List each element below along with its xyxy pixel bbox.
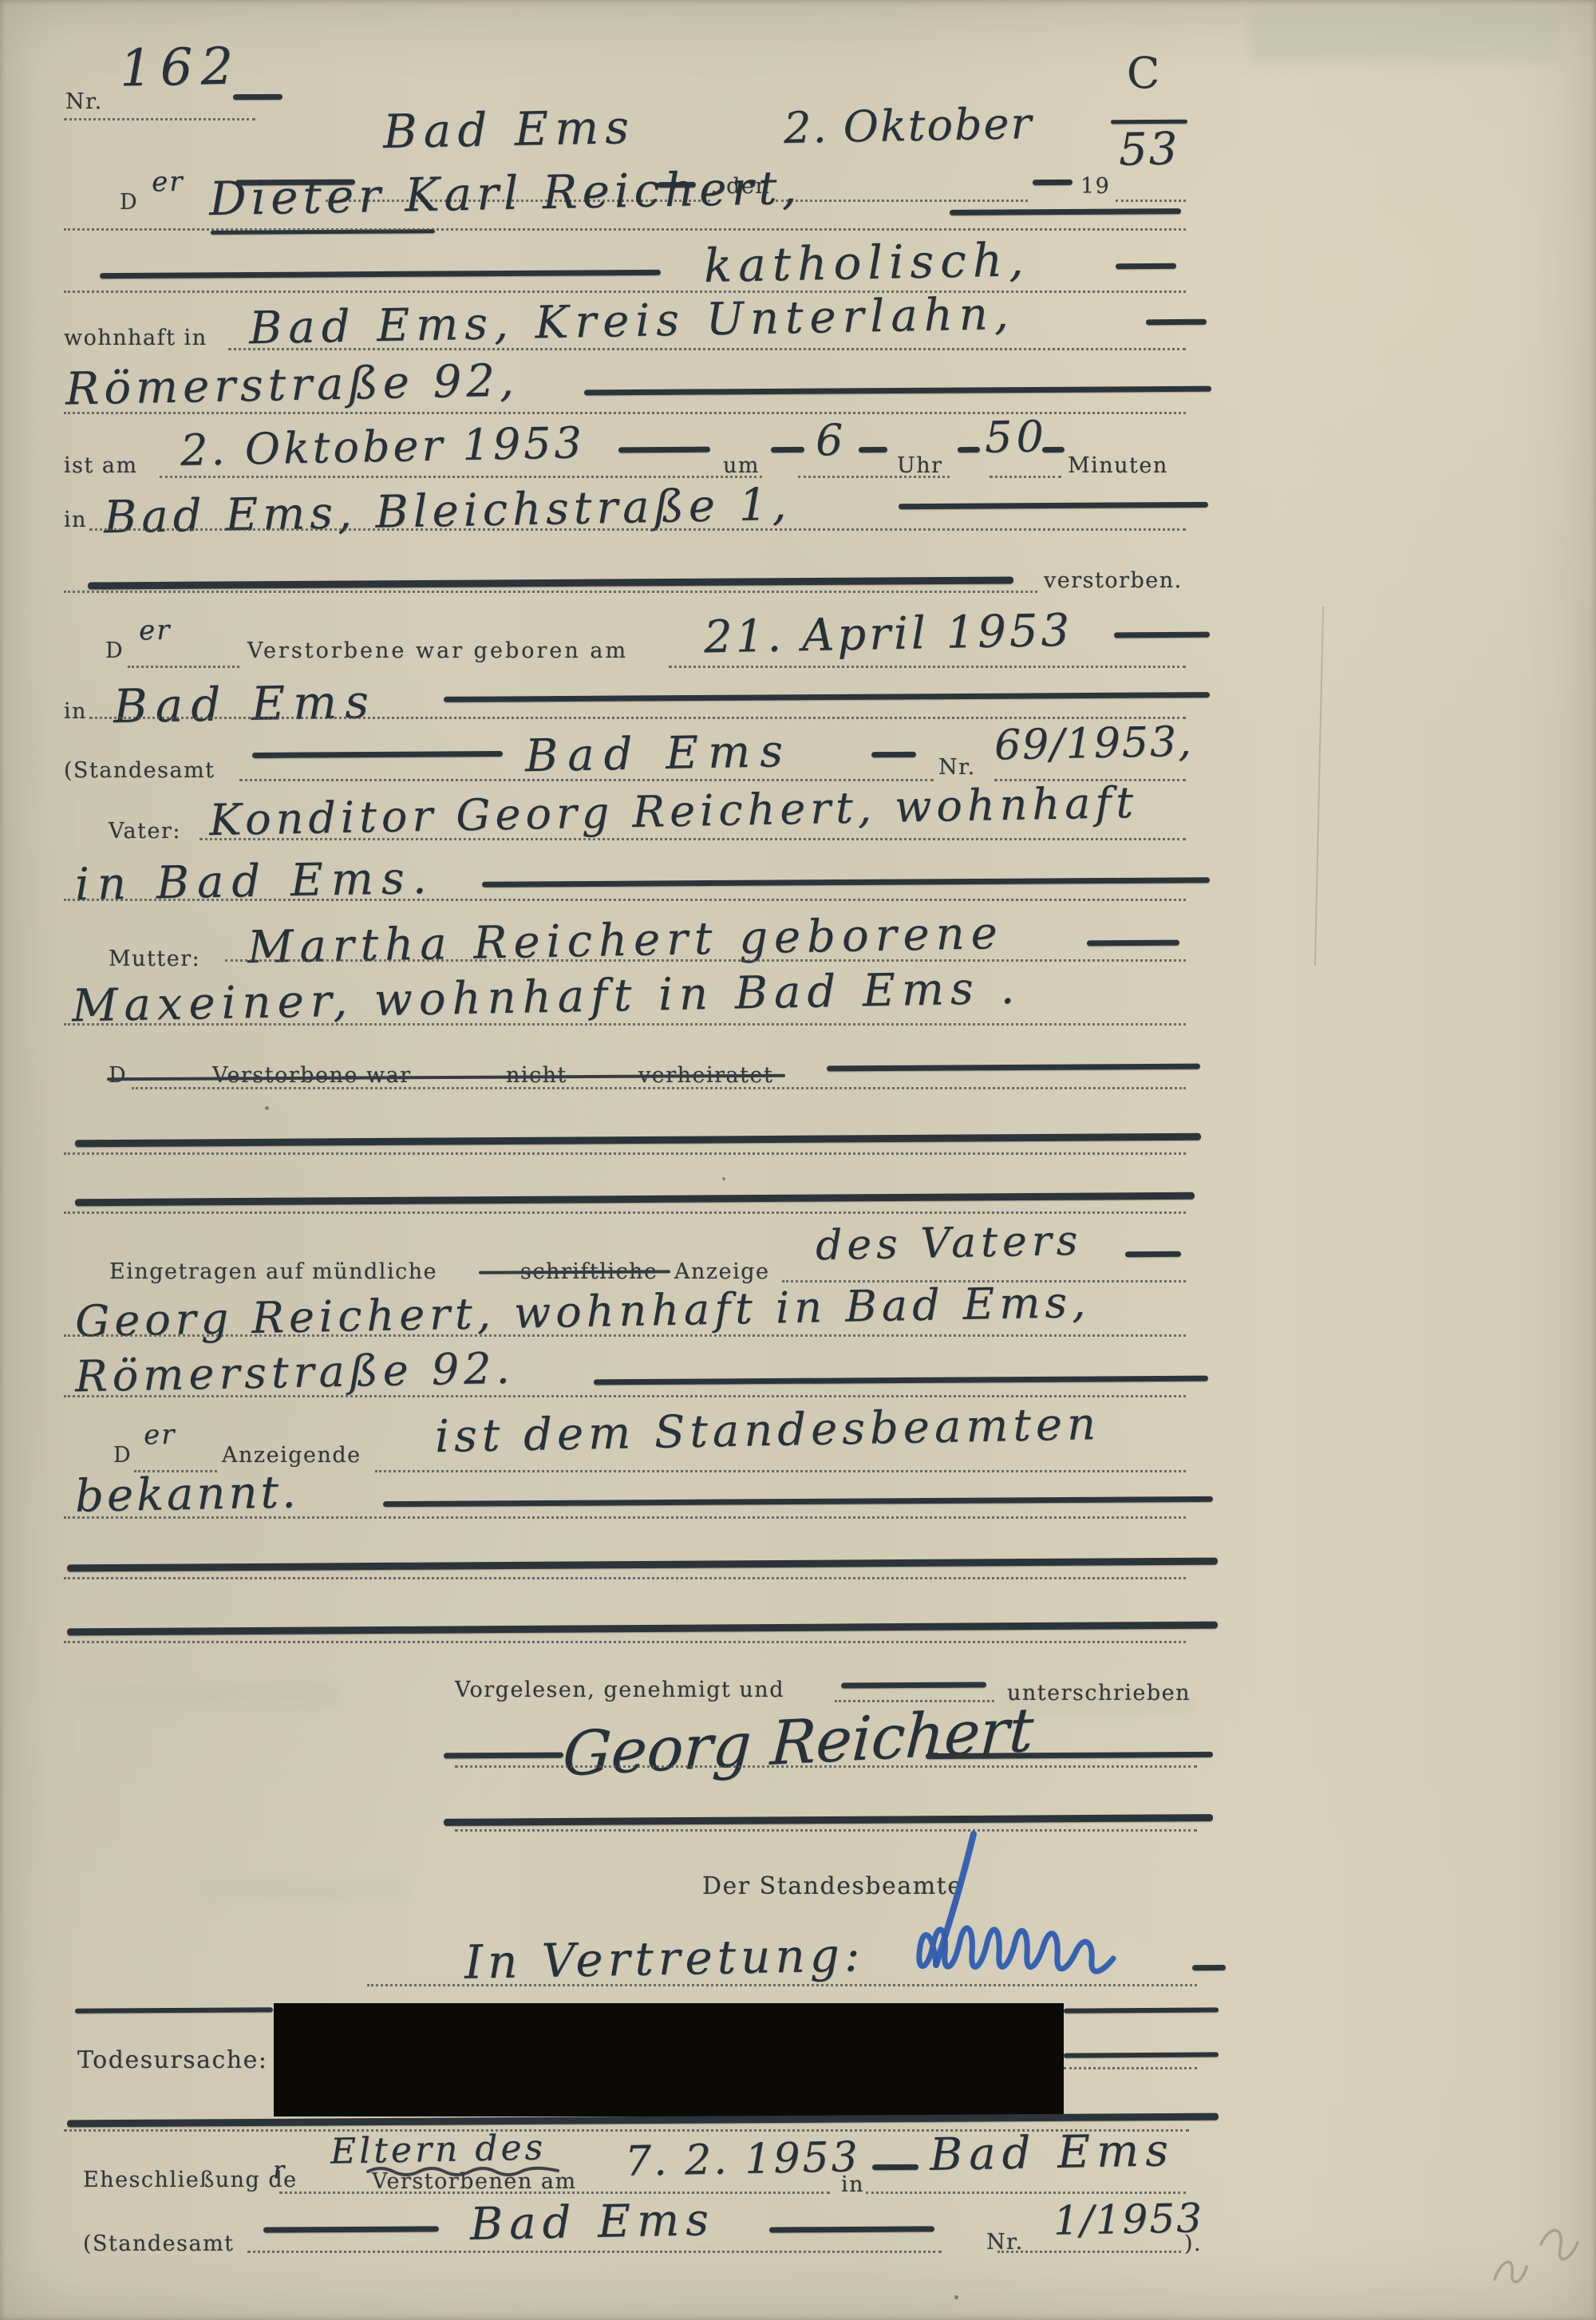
mother-line1: Martha Reichert geborene — [247, 907, 1004, 974]
ruled-dotted-line — [990, 476, 1061, 478]
ruled-dotted-line — [669, 666, 1186, 668]
ink-stroke — [444, 1814, 1213, 1826]
marriage-registry-number: 1/1953 — [1053, 2195, 1203, 2244]
in-label: in — [64, 699, 87, 724]
ink-stroke — [75, 1133, 1201, 1148]
minuten-label: Minuten — [1068, 453, 1168, 478]
ruled-dotted-line — [199, 838, 1186, 840]
marriage-label-start: Eheschließung de — [83, 2168, 298, 2192]
registrar-signature — [842, 1828, 1241, 1995]
article-written: er — [139, 615, 172, 647]
ink-stroke — [769, 2226, 934, 2232]
ink-dash — [1146, 319, 1207, 325]
ink-stroke — [67, 1558, 1218, 1572]
known-line1: ist dem Standesbeamten — [434, 1398, 1100, 1463]
ruled-dotted-line — [225, 959, 1186, 962]
article-printed: D — [113, 1443, 132, 1468]
ink-speck — [954, 2295, 958, 2299]
known-line2: bekannt. — [74, 1466, 299, 1522]
ink-dash — [871, 752, 916, 757]
ruled-dotted-line — [128, 666, 239, 668]
ruled-dotted-line — [89, 717, 1186, 719]
ink-stroke — [899, 502, 1208, 509]
ink-dash — [1116, 263, 1176, 269]
ruled-dotted-line — [997, 2251, 1181, 2253]
residence: Bad Ems, Kreis Unterlahn, — [248, 288, 1015, 354]
wohnhaft-label: wohnhaft in — [64, 326, 207, 350]
ink-stroke — [252, 751, 503, 758]
bleed-through — [199, 1879, 407, 1900]
ink-stroke — [444, 692, 1210, 702]
close-paren: ). — [1184, 2231, 1202, 2256]
ruled-dotted-line — [160, 476, 762, 478]
year-written: 53 — [1118, 123, 1179, 176]
ruled-dotted-line — [64, 1395, 1186, 1397]
paper-crease — [1314, 607, 1324, 966]
todesursache-label: Todesursache: — [77, 2046, 268, 2074]
ruled-dotted-line — [798, 476, 950, 478]
father-line1: Konditor Georg Reichert, wohnhaft — [209, 777, 1139, 845]
pencil-scribble — [1480, 2203, 1596, 2314]
birth-standesamt: Bad Ems — [524, 725, 792, 782]
ink-stroke — [618, 447, 710, 453]
informant: des Vaters — [815, 1217, 1082, 1270]
ruled-dotted-line — [64, 1023, 1186, 1026]
ruled-dotted-line — [64, 591, 1037, 593]
birth-registry-number: 69/1953, — [994, 718, 1193, 770]
ruled-dotted-line — [228, 348, 1186, 350]
ruled-dotted-line — [247, 2251, 942, 2253]
death-hour: 6 — [815, 415, 847, 466]
father-line2: in Bad Ems. — [74, 852, 435, 911]
register-letter: C — [1127, 48, 1161, 98]
ink-speck — [265, 1106, 269, 1110]
standesamt-label: (Standesamt — [83, 2231, 235, 2256]
marriage-standesamt: Bad Ems — [469, 2194, 715, 2251]
ink-dash — [1033, 180, 1073, 185]
birth-date: 21. April 1953 — [703, 605, 1073, 664]
verstorben-label: verstorben. — [1044, 568, 1183, 593]
record-date: 2. Oktober — [783, 98, 1033, 153]
ink-dash — [1192, 1965, 1226, 1970]
deceased-name: Dieter Karl Reichert, — [208, 160, 801, 226]
standesamt-label: (Standesamt — [64, 758, 215, 783]
death-minute: 50 — [984, 411, 1048, 462]
ruled-dotted-line — [64, 899, 1186, 901]
ruled-dotted-line — [367, 1984, 1197, 1986]
mother-line2: Maxeiner, wohnhaft in Bad Ems . — [71, 962, 1021, 1033]
register-number: 162 — [119, 38, 242, 99]
article-written: er — [144, 1419, 176, 1452]
ink-stroke — [482, 877, 1210, 887]
vorgelesen-label: Vorgelesen, genehmigt und — [455, 1678, 784, 1702]
redaction-box — [274, 2003, 1064, 2116]
article-printed: D — [120, 190, 138, 215]
ink-stroke — [383, 1496, 1213, 1507]
fraction-line — [1111, 120, 1187, 124]
uhr-label: Uhr — [897, 453, 943, 478]
anzeigende-label: Anzeigende — [222, 1443, 361, 1468]
ink-stroke — [584, 386, 1211, 396]
birth-place: Bad Ems — [113, 674, 377, 733]
ruled-dotted-line — [64, 1334, 1186, 1337]
ink-dash — [872, 2164, 918, 2170]
bleed-through — [76, 1686, 339, 1706]
ink-dash — [444, 1753, 563, 1759]
ruled-dotted-line — [1116, 200, 1186, 202]
ink-stroke — [841, 1682, 986, 1688]
death-place: Bad Ems, Bleichstraße 1, — [103, 479, 791, 544]
residence-street: Römerstraße 92, — [65, 355, 519, 416]
ink-stroke — [827, 1064, 1200, 1072]
ink-dash — [233, 94, 282, 100]
article-printed: D — [105, 638, 124, 663]
ink-speck — [722, 1177, 725, 1180]
ink-stroke — [1064, 2007, 1219, 2013]
article-printed: D — [109, 1063, 127, 1088]
record-place: Bad Ems — [382, 100, 635, 159]
um-label: um — [723, 453, 760, 478]
religion: katholisch, — [703, 232, 1030, 293]
ink-dash — [1125, 1251, 1181, 1257]
ink-stroke — [75, 2007, 273, 2014]
ink-dash — [958, 447, 980, 453]
marriage-label-mid: Verstorbenen am — [372, 2169, 577, 2194]
ruled-dotted-line — [64, 1211, 1186, 1214]
ink-stroke — [594, 1376, 1208, 1385]
ink-stroke — [926, 1752, 1213, 1759]
death-date: 2. Oktober 1953 — [180, 417, 585, 476]
vater-label: Vater: — [109, 819, 181, 844]
informant-line3: Römerstraße 92. — [74, 1343, 515, 1402]
ruled-dotted-line — [64, 228, 1186, 231]
in-vertretung: In Vertretung: — [464, 1927, 865, 1990]
ink-stroke — [100, 270, 661, 279]
ruled-dotted-line — [375, 1470, 1186, 1472]
in-label: in — [841, 2172, 864, 2197]
bleed-through — [1249, 10, 1560, 62]
ruled-dotted-line — [64, 118, 255, 121]
ink-stroke — [88, 576, 1013, 589]
ink-stroke — [67, 1622, 1218, 1636]
ink-stroke — [1087, 940, 1179, 947]
ist-am-label: ist am — [64, 453, 138, 478]
ink-dash — [859, 447, 887, 453]
ruled-dotted-line — [455, 1765, 1197, 1768]
born-label: Verstorbene war geboren am — [247, 638, 628, 663]
marriage-place: Bad Ems — [929, 2124, 1175, 2181]
ink-stroke — [1114, 632, 1210, 638]
marriage-date: 7. 2. 1953 — [624, 2133, 860, 2186]
entered-label: Eingetragen auf mündliche — [109, 1259, 437, 1284]
ruled-dotted-line — [866, 2192, 1186, 2194]
ruled-dotted-line — [776, 200, 1028, 202]
marriage-article-written: r — [273, 2156, 286, 2184]
register-number-label: Nr. — [65, 89, 103, 114]
nr-label: Nr. — [938, 755, 976, 780]
ink-dash — [771, 447, 804, 453]
ruled-dotted-line — [64, 290, 1186, 293]
mutter-label: Mutter: — [109, 947, 200, 971]
ink-stroke — [1064, 2052, 1219, 2057]
ruled-dotted-line — [64, 1516, 1186, 1519]
ruled-dotted-line — [89, 528, 1186, 531]
article-written: er — [152, 166, 184, 199]
anzeige-label: Anzeige — [674, 1259, 770, 1284]
ruled-dotted-line — [279, 2192, 830, 2194]
ink-stroke — [75, 1192, 1195, 1207]
ruled-dotted-line — [64, 1152, 1186, 1155]
ruled-dotted-line — [64, 1641, 1186, 1643]
in-label: in — [64, 508, 87, 532]
ink-stroke — [263, 2226, 439, 2232]
ink-dash — [1042, 447, 1065, 453]
death-record-page: 162 Nr. Bad Ems , den 2. Oktober 19 53 C… — [0, 0, 1596, 2320]
ruled-dotted-line — [64, 1577, 1186, 1579]
ruled-dotted-line — [1064, 2067, 1197, 2069]
ruled-dotted-line — [132, 1087, 1186, 1089]
ink-stroke — [950, 208, 1181, 215]
ruled-dotted-line — [239, 779, 934, 781]
year-printed: 19 — [1080, 174, 1110, 199]
informant-signature: Georg Reichert — [561, 1694, 1035, 1789]
